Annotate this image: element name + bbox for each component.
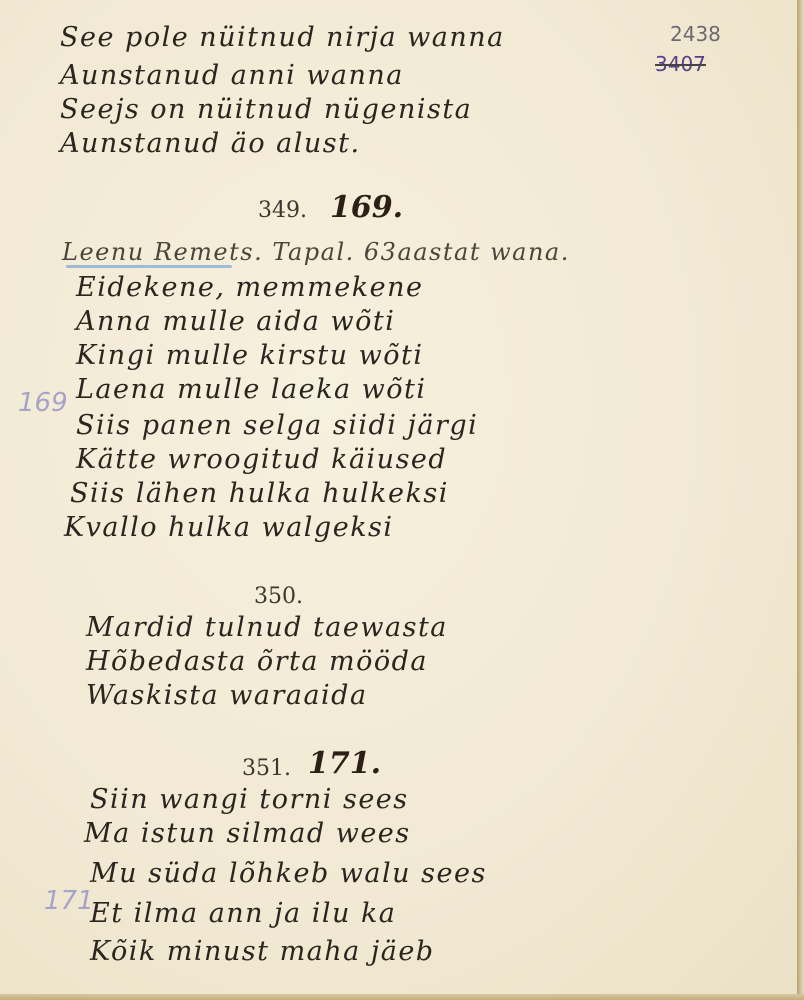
verse-line: Laena mulle laeka wõti <box>76 374 427 405</box>
verse-line: Hõbedasta õrta mööda <box>86 646 428 677</box>
verse-line: Et ilma ann ja ilu ka <box>90 898 396 929</box>
song-number-pencil: 350. <box>254 584 303 609</box>
song-number-pencil: 349. <box>258 198 307 223</box>
verse-line: Mu süda lõhkeb walu sees <box>90 858 487 889</box>
verse-line: Kingi mulle kirstu wõti <box>76 340 423 371</box>
verse-line: Kõik minust maha jäeb <box>90 936 435 967</box>
verse-line: Kätte wroogitud käiused <box>76 444 447 475</box>
manuscript-page: 2438 3407 See pole nüitnud nirja wanna A… <box>0 0 799 994</box>
verse-line: Siis panen selga siidi järgi <box>76 410 478 441</box>
informant-underline <box>66 265 232 268</box>
song-number-pencil: 351. <box>242 756 291 781</box>
verse-line: Waskista waraaida <box>86 680 368 711</box>
verse-line: Eidekene, memmekene <box>76 272 423 303</box>
verse-line: Aunstanud äo alust. <box>60 128 361 159</box>
song-number-ink: 171. <box>308 746 381 781</box>
page-edge-bottom <box>0 994 804 1000</box>
verse-line: Aunstanud anni wanna <box>60 60 404 91</box>
verse-line: Ma istun silmad wees <box>84 818 411 849</box>
song-number-ink: 169. <box>330 190 403 225</box>
verse-line: Siin wangi torni sees <box>90 784 409 815</box>
archive-number-struck: 3407 <box>655 52 706 76</box>
informant-line: Leenu Remets. Tapal. 63aastat wana. <box>62 238 570 266</box>
verse-line: Mardid tulnud taewasta <box>86 612 448 643</box>
verse-line: Seejs on nüitnud nügenista <box>60 94 472 125</box>
margin-number: 169 <box>18 388 68 418</box>
verse-line: Siis lähen hulka hulkeksi <box>70 478 449 509</box>
archive-number: 2438 <box>670 22 721 46</box>
verse-line: See pole nüitnud nirja wanna <box>60 22 505 53</box>
verse-line: Anna mulle aida wõti <box>76 306 395 337</box>
page-edge-right <box>797 0 804 1000</box>
verse-line: Kvallo hulka walgeksi <box>64 512 394 543</box>
